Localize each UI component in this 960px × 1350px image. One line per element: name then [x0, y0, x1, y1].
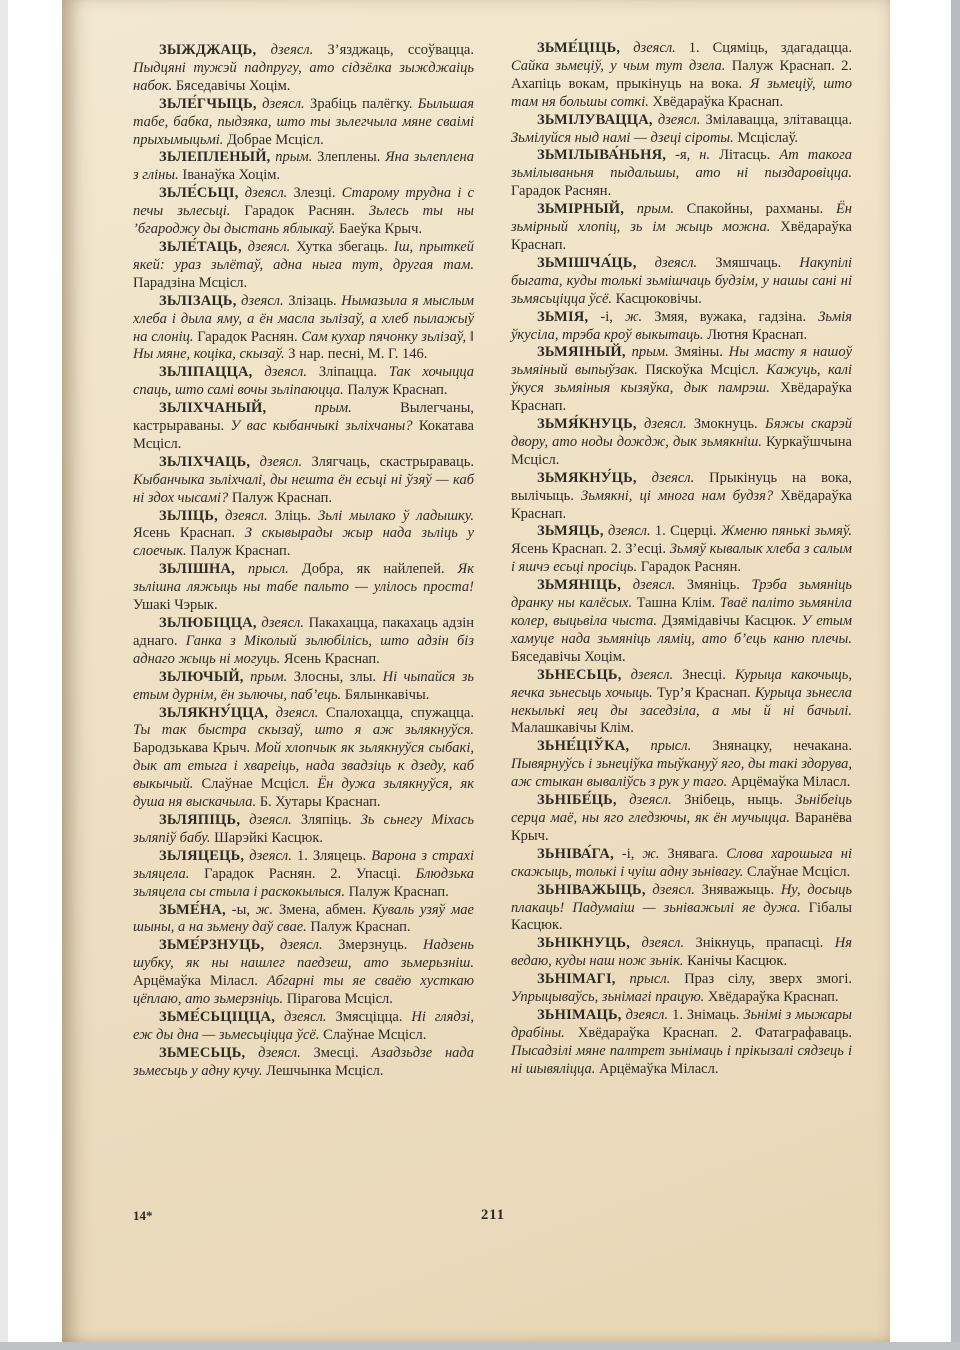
entry-segment: Знібець, ныць.	[672, 792, 796, 808]
entry-segment: Добра, як найлепей.	[289, 561, 458, 577]
entry-segment: дзеясл.	[637, 470, 694, 486]
entry-segment: Знявага.	[660, 846, 727, 862]
entry-segment: -я,	[666, 147, 699, 163]
dictionary-entry: ЗЬМЯІНЫЙ, прым. Змяіны. Ны масту я нашоў…	[511, 344, 852, 416]
headword: ЗЬМЯНІЦЬ,	[537, 577, 621, 593]
entry-segment: дзеясл.	[637, 255, 698, 271]
entry-segment: Слаўнае Мсцісл.	[323, 1027, 426, 1043]
headword: ЗЬЛЕПЛЕНЫЙ,	[159, 149, 271, 165]
entry-segment: -і,	[614, 846, 642, 862]
entry-segment: Змерзнуць.	[323, 937, 423, 953]
entry-segment: дзеясл.	[275, 1009, 327, 1025]
dictionary-entry: ЗЬМІШЧА́ЦЬ, дзеясл. Змяшчаць. Накупілі б…	[511, 255, 852, 309]
dictionary-entry: ЗЬЛІПАЦЦА, дзеясл. Зліпацца. Так хочыцца…	[133, 364, 474, 400]
dictionary-entry: ЗЬМЯ́КНУЦЬ, дзеясл. Змокнуць. Бяжы скарэ…	[511, 416, 852, 470]
dictionary-entry: ЗЬМІЯ, -і, ж. Змяя, вужака, гадзіна. Зьм…	[511, 309, 852, 345]
entry-segment: дзеясл.	[653, 112, 701, 128]
headword: ЗЬМІЛЫВА́НЬНЯ,	[537, 147, 666, 163]
entry-segment: Ясень Краснап.	[133, 525, 245, 541]
entry-segment: прым.	[626, 344, 669, 360]
entry-segment: ж.	[625, 309, 642, 325]
entry-segment: Сайка зьмеціў, у чым тут дзела.	[511, 58, 732, 74]
dictionary-entry: ЗЬМІЛУВАЦЦА, дзеясл. Змілавацца, злітава…	[511, 112, 852, 148]
dictionary-entry: ЗЬНІБЕ́ЦЬ, дзеясл. Знібець, ныць. Зьнібе…	[511, 792, 852, 846]
entry-segment: прысл.	[629, 738, 691, 754]
entry-segment: Добрае Мсцісл.	[227, 132, 324, 148]
entry-segment: прым.	[624, 201, 674, 217]
entry-segment: Зняважыць.	[695, 882, 781, 898]
entry-segment: Тур’я Краснап.	[657, 685, 755, 701]
entry-segment: дзеясл.	[622, 667, 674, 683]
entry-segment: прысл.	[235, 561, 289, 577]
entry-segment: Змясціцца.	[327, 1009, 412, 1025]
entry-segment: Палуж Краснап.	[347, 382, 447, 398]
headword: ЗЬМЕ́СЬЦІЦЦА,	[159, 1009, 275, 1025]
entry-segment: Ты так быстра скызаў, што я аж зьлякнуўс…	[133, 722, 474, 738]
headword: ЗЬЛЯПІЦЬ,	[159, 812, 240, 828]
headword: ЗЬЛЕ́ГЧЫЦЬ,	[159, 96, 257, 112]
entry-segment: дзеясл.	[604, 523, 651, 539]
entry-segment: Жменю пянькі зьмяў.	[721, 523, 852, 539]
entry-segment: Ясень Краснап.	[284, 651, 380, 667]
dictionary-entry: ЗЬМЯКНУ́ЦЬ, дзеясл. Прыкінуць на вока, в…	[511, 470, 852, 524]
entry-segment: Парадзіна Мсцісл.	[133, 275, 247, 291]
entry-segment: дзеясл.	[242, 239, 290, 255]
entry-segment: Бяседавічы Хоцім.	[176, 78, 291, 94]
headword: ЗЬНІВАЖЫЦЬ,	[537, 882, 646, 898]
entry-segment: Хвёдараўка Краснап.	[653, 94, 784, 110]
entry-segment: Слаўнае Мсцісл.	[201, 776, 317, 792]
entry-segment: дзеясл.	[257, 615, 304, 631]
dictionary-entry: ЗЬЛІХЧАНЫЙ, прым. Вылегчаны, кастрыраван…	[133, 400, 474, 454]
entry-segment: З’язджаць, ссоўвацца.	[313, 42, 474, 58]
entry-segment: Хвёдараўка Краснап.	[708, 989, 839, 1005]
entry-segment: Касцюковічы.	[616, 291, 702, 307]
entry-segment: Спакойны, рахманы.	[674, 201, 836, 217]
entry-segment: 1. Сцяміць, здагадацца.	[676, 40, 852, 56]
entry-segment: Палуж Краснап.	[349, 884, 449, 900]
entry-segment: Знікнуць, прапасці.	[684, 935, 835, 951]
dictionary-entry: ЗЬНІКНУЦЬ, дзеясл. Знікнуць, прапасці. Н…	[511, 935, 852, 971]
entry-segment: дзеясл.	[264, 937, 322, 953]
entry-segment: Гарадок Раснян.	[244, 203, 369, 219]
entry-segment: Арцёмаўка Міласл.	[731, 774, 850, 790]
entry-segment: дзеясл.	[268, 705, 318, 721]
entry-segment: Хвёдараўка Краснап. 2. Фатаграфаваць.	[578, 1025, 852, 1041]
dictionary-entry: ЗЬМЯЦЬ, дзеясл. 1. Сцерці. Жменю пянькі …	[511, 523, 852, 577]
dictionary-entry: ЗЬМЕСЬЦЬ, дзеясл. Змесці. Азадзьдзе нада…	[133, 1045, 474, 1081]
headword: ЗЬНІКНУЦЬ,	[537, 935, 630, 951]
entry-segment: Змяшчаць.	[697, 255, 799, 271]
entry-segment: дзеясл.	[253, 364, 307, 380]
entry-segment: Змокнуць.	[687, 416, 765, 432]
dictionary-entry: ЗЬМІРНЫЙ, прым. Спакойны, рахманы. Ён зь…	[511, 201, 852, 255]
headword: ЗЬМЕ́РЗНУЦЬ,	[159, 937, 264, 953]
headword: ЗЬЛЮЧЫЙ,	[159, 669, 244, 685]
headword: ЗЬНІМАЦЬ,	[537, 1007, 622, 1023]
entry-segment: Іванаўка Хоцім.	[182, 167, 280, 183]
headword: ЗЬЛІХЧАНЫЙ,	[159, 400, 266, 416]
entry-segment: Баеўка Крыч.	[339, 221, 422, 237]
entry-segment: Палуж Краснап.	[232, 490, 332, 506]
entry-segment: дзеясл.	[250, 454, 302, 470]
entry-segment: Пяскоўка Мсцісл.	[645, 362, 766, 378]
entry-segment: Зляпіць.	[292, 812, 361, 828]
entry-segment: У вас кыбанчыкі зьліхчаны?	[231, 418, 419, 434]
entry-segment: дзеясл.	[630, 935, 684, 951]
entry-segment: Мсціслаў.	[737, 130, 798, 146]
entry-segment: Спалохацца, спужацца.	[318, 705, 474, 721]
page-number: 211	[133, 1207, 853, 1224]
entry-segment: дзеясл.	[244, 848, 292, 864]
entry-segment: ж.	[256, 902, 273, 918]
dictionary-column-right: ЗЬМЕ́ЦІЦЬ, дзеясл. 1. Сцяміць, здагадацц…	[511, 40, 852, 1079]
headword: ЗЬНЕСЬЦЬ,	[537, 667, 622, 683]
headword: ЗЬЛІПАЦЦА,	[159, 364, 253, 380]
entry-segment: Ташна Клім.	[637, 595, 720, 611]
entry-segment: Зьмілуйся ныд намі — дзеці сіроты.	[511, 130, 737, 146]
headword: ЗЬМЯКНУ́ЦЬ,	[537, 470, 637, 486]
dictionary-entry: ЗЬЛІЗАЦЬ, дзеясл. Злізаць. Нымазыла я мы…	[133, 293, 474, 365]
dictionary-entry: ЗЬЛЕ́СЬЦІ, дзеясл. Злезці. Старому трудн…	[133, 185, 474, 239]
headword: ЗЬМІШЧА́ЦЬ,	[537, 255, 637, 271]
entry-segment: дзеясл.	[256, 42, 313, 58]
headword: ЗЬЛЕ́СЬЦІ,	[159, 185, 239, 201]
entry-segment: Гарадок Раснян. 2. Упасці.	[204, 866, 415, 882]
entry-segment: Знесці.	[673, 667, 735, 683]
entry-segment: Слаўнае Мсцісл.	[747, 864, 850, 880]
entry-segment: Зліць.	[268, 508, 318, 524]
headword: ЗЬЛІЦЬ,	[159, 508, 218, 524]
entry-segment: Зьлі мылако ў ладышку.	[318, 508, 474, 524]
entry-segment: Бялынкавічы.	[345, 687, 430, 703]
headword: ЗЬЛІШНА,	[159, 561, 235, 577]
scanner-edge-right	[951, 0, 960, 1350]
entry-segment: Злеплены.	[312, 149, 385, 165]
entry-segment: Змесці.	[301, 1045, 372, 1061]
entry-segment: Бяседавічы Хоцім.	[511, 649, 626, 665]
entry-segment: прысл.	[616, 971, 671, 987]
entry-segment: Знянацку, нечакана.	[691, 738, 852, 754]
headword: ЗЬЛЯКНУ́ЦЦА,	[159, 705, 268, 721]
entry-segment: Змяіны.	[669, 344, 729, 360]
entry-segment: Шарэйкі Касцюк.	[214, 830, 323, 846]
entry-segment: дзеясл.	[621, 577, 675, 593]
headword: ЗЬМЕ́НА,	[159, 902, 226, 918]
dictionary-entry: ЗЬЛЕ́ТАЦЬ, дзеясл. Хутка збегаць. Іш, пр…	[133, 239, 474, 293]
entry-segment: Гарадок Раснян.	[641, 559, 741, 575]
entry-segment: Праз сілу, зверх змогі.	[670, 971, 852, 987]
entry-segment: Зрабіць палёгку.	[305, 96, 418, 112]
entry-segment: Зліпацца.	[307, 364, 389, 380]
entry-segment: дзеясл.	[240, 812, 292, 828]
entry-segment: дзеясл.	[617, 792, 672, 808]
entry-segment: н.	[699, 147, 710, 163]
entry-segment: дзеясл.	[239, 185, 288, 201]
headword: ЗЬМЕ́ЦІЦЬ,	[537, 40, 620, 56]
headword: ЗЬЛЕ́ТАЦЬ,	[159, 239, 242, 255]
entry-segment: Канічы Касцюк.	[687, 953, 787, 969]
entry-segment: Упрыцываўсь, зьнімагі працую.	[511, 989, 708, 1005]
entry-segment: Злосны, злы.	[287, 669, 382, 685]
dictionary-entry: ЗЬНІМАГІ, прысл. Праз сілу, зверх змогі.…	[511, 971, 852, 1007]
headword: ЗЬМІЛУВАЦЦА,	[537, 112, 653, 128]
dictionary-entry: ЗЬЛЕ́ГЧЫЦЬ, дзеясл. Зрабіць палёгку. Был…	[133, 96, 474, 150]
dictionary-entry: ЗЬМЕ́ЦІЦЬ, дзеясл. 1. Сцяміць, здагадацц…	[511, 40, 852, 112]
headword: ЗЬЛЯЦЕЦЬ,	[159, 848, 244, 864]
entry-segment: Злягчаць, скастрыраваць.	[302, 454, 474, 470]
dictionary-entry: ЗЬЛЯКНУ́ЦЦА, дзеясл. Спалохацца, спужацц…	[133, 705, 474, 812]
dictionary-entry: ЗЬЛЮЧЫЙ, прым. Злосны, злы. Ні чыпайся з…	[133, 669, 474, 705]
entry-segment: 1. Знімаць.	[668, 1007, 743, 1023]
entry-segment: Зьмякні, ці многа нам будзя?	[581, 488, 780, 504]
headword: ЗЬНІМАГІ,	[537, 971, 616, 987]
dictionary-entry: ЗЬМЕ́РЗНУЦЬ, дзеясл. Змерзнуць. Надзень …	[133, 937, 474, 1009]
entry-segment: -ы,	[226, 902, 256, 918]
headword: ЗЬМІЯ,	[537, 309, 588, 325]
entry-segment: 1. Сцерці.	[651, 523, 721, 539]
headword: ЗЬМЕСЬЦЬ,	[159, 1045, 245, 1061]
entry-segment: дзеясл.	[622, 1007, 669, 1023]
entry-segment: Дзямідавічы Касцюк.	[662, 613, 801, 629]
entry-segment: Змяніць.	[675, 577, 751, 593]
entry-segment: дзеясл.	[637, 416, 687, 432]
entry-segment: Арцёмаўка Міласл.	[599, 1061, 718, 1077]
entry-segment: Змена, абмен.	[273, 902, 372, 918]
entry-segment: 1. Зляцець.	[292, 848, 371, 864]
headword: ЗЬМІРНЫЙ,	[537, 201, 624, 217]
entry-segment: дзеясл.	[646, 882, 695, 898]
headword: ЗЬМЯЦЬ,	[537, 523, 604, 539]
dictionary-entry: ЗЬЛЕПЛЕНЫЙ, прым. Злеплены. Яна зьлеплен…	[133, 149, 474, 185]
entry-segment: прым.	[271, 149, 313, 165]
entry-segment: Лютня Краснап.	[707, 327, 807, 343]
headword: ЗЬЛІХЧАЦЬ,	[159, 454, 250, 470]
entry-segment: дзеясл.	[257, 96, 305, 112]
scanner-left-sliver	[0, 0, 8, 1350]
entry-segment: Палуж Краснап.	[190, 543, 290, 559]
entry-segment: прым.	[266, 400, 352, 416]
dictionary-entry: ЗЬМЕ́СЬЦІЦЦА, дзеясл. Змясціцца. Ні гляд…	[133, 1009, 474, 1045]
dictionary-entry: ЗЬНІВА́ГА, -і, ж. Знявага. Слова харошыг…	[511, 846, 852, 882]
entry-segment: -і,	[588, 309, 625, 325]
headword: ЗЬЛЮБІЦЦА,	[159, 615, 257, 631]
dictionary-entry: ЗЬЛІЦЬ, дзеясл. Зліць. Зьлі мылако ў лад…	[133, 508, 474, 562]
entry-segment: Ушакі Чэрык.	[133, 597, 218, 613]
dictionary-entry: ЗЬМЯНІЦЬ, дзеясл. Змяніць. Трэба зьмяніц…	[511, 577, 852, 667]
entry-segment: Малашкавічы Клім.	[511, 720, 634, 736]
entry-segment: ж.	[642, 846, 659, 862]
dictionary-entry: ЗЬЛЮБІЦЦА, дзеясл. Пакахацца, пакахаць а…	[133, 615, 474, 669]
headword: ЗЬНІБЕ́ЦЬ,	[537, 792, 617, 808]
entry-segment: дзеясл.	[245, 1045, 300, 1061]
entry-segment: Лешчынка Мсцісл.	[266, 1063, 383, 1079]
entry-segment: Гарадок Раснян.	[197, 329, 301, 345]
dictionary-entry: ЗЫЖДЖАЦЬ, дзеясл. З’язджаць, ссоўвацца. …	[133, 42, 474, 96]
entry-segment: Бародзькава Крыч.	[133, 740, 255, 756]
dictionary-entry: ЗЬНІВАЖЫЦЬ, дзеясл. Зняважыць. Ну, досыц…	[511, 882, 852, 936]
entry-segment: дзеясл.	[237, 293, 284, 309]
entry-segment: Злезці.	[287, 185, 341, 201]
headword: ЗЬМЯІНЫЙ,	[537, 344, 626, 360]
headword: ЗЫЖДЖАЦЬ,	[159, 42, 256, 58]
headword: ЗЬНЕ́ЦІЎКА,	[537, 738, 629, 754]
entry-segment: Злізаць.	[284, 293, 342, 309]
entry-segment: Б. Хутары Краснап.	[260, 794, 381, 810]
entry-segment: Змілавацца, злітавацца.	[700, 112, 852, 128]
dictionary-entry: ЗЬМІЛЫВА́НЬНЯ, -я, н. Літасць. Ат такога…	[511, 147, 852, 201]
dictionary-entry: ЗЬЛІХЧАЦЬ, дзеясл. Злягчаць, скастрырава…	[133, 454, 474, 508]
entry-segment: дзеясл.	[218, 508, 268, 524]
entry-segment: Арцёмаўка Міласл.	[133, 973, 267, 989]
entry-segment: Ясень Краснап. 2. З’есці.	[511, 541, 670, 557]
headword: ЗЬМЯ́КНУЦЬ,	[537, 416, 637, 432]
entry-segment: Літасць.	[710, 147, 779, 163]
entry-segment: Гарадок Раснян.	[511, 183, 611, 199]
entry-segment: Хутка збегаць.	[290, 239, 393, 255]
headword: ЗЬЛІЗАЦЬ,	[159, 293, 237, 309]
dictionary-entry: ЗЬЛЯЦЕЦЬ, дзеясл. 1. Зляцець. Варона з с…	[133, 848, 474, 902]
dictionary-entry: ЗЬНІМАЦЬ, дзеясл. 1. Знімаць. Зьнімі з м…	[511, 1007, 852, 1079]
entry-segment: Змяя, вужака, гадзіна.	[642, 309, 818, 325]
dictionary-entry: ЗЬЛЯПІЦЬ, дзеясл. Зляпіць. Зь сьнегу Міх…	[133, 812, 474, 848]
entry-segment: Пірагова Мсцісл.	[287, 991, 393, 1007]
scanner-edge-bottom	[0, 1342, 960, 1350]
book-page: ЗЫЖДЖАЦЬ, дзеясл. З’язджаць, ссоўвацца. …	[62, 0, 890, 1343]
entry-segment: прым.	[244, 669, 288, 685]
dictionary-entry: ЗЬНЕСЬЦЬ, дзеясл. Знесці. Курыца какочыц…	[511, 667, 852, 739]
dictionary-column-left: ЗЫЖДЖАЦЬ, дзеясл. З’язджаць, ссоўвацца. …	[133, 42, 474, 1081]
entry-segment: Палуж Краснап.	[310, 919, 410, 935]
entry-segment: дзеясл.	[620, 40, 676, 56]
dictionary-entry: ЗЬЛІШНА, прысл. Добра, як найлепей. Як з…	[133, 561, 474, 615]
dictionary-entry: ЗЬМЕ́НА, -ы, ж. Змена, абмен. Куваль узя…	[133, 902, 474, 938]
dictionary-entry: ЗЬНЕ́ЦІЎКА, прысл. Знянацку, нечакана. П…	[511, 738, 852, 792]
headword: ЗЬНІВА́ГА,	[537, 846, 614, 862]
entry-segment: З нар. песні, М. Г. 146.	[288, 346, 427, 362]
